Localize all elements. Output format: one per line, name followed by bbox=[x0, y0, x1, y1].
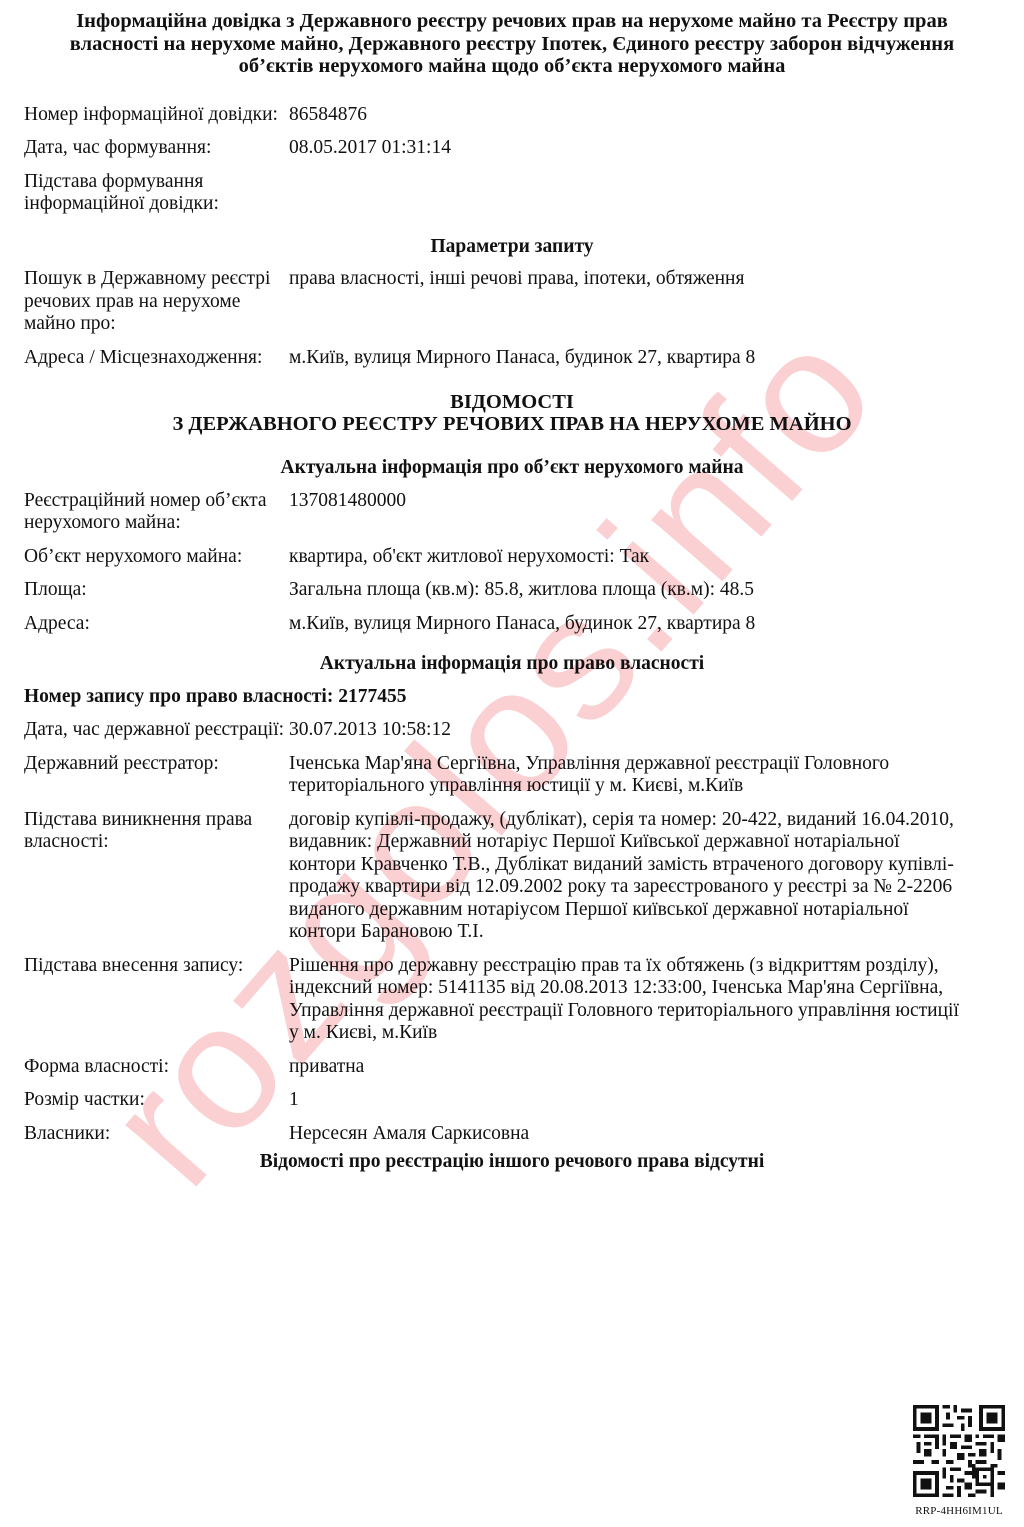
field-row-search-address: Адреса / Місцезнаходження: м.Київ, вулиц… bbox=[24, 347, 1000, 370]
field-value: договір купівлі-продажу, (дублікат), сер… bbox=[289, 809, 1000, 944]
field-value: Нерсесян Амаля Саркисовна bbox=[289, 1123, 1000, 1146]
section-heading-ownership: Актуальна інформація про право власності bbox=[24, 653, 1000, 676]
field-label: Державний реєстратор: bbox=[24, 753, 289, 798]
field-label: Площа: bbox=[24, 579, 289, 602]
field-row-owners: Власники: Нерсесян Амаля Саркисовна bbox=[24, 1123, 1000, 1146]
field-value: Іченська Мар'яна Сергіївна, Управління д… bbox=[289, 753, 1000, 798]
field-value: квартира, об'єкт житлової нерухомості: Т… bbox=[289, 546, 1000, 569]
field-label: Дата, час формування: bbox=[24, 137, 289, 160]
registry-heading-line2: З ДЕРЖАВНОГО РЕЄСТРУ РЕЧОВИХ ПРАВ НА НЕР… bbox=[24, 413, 1000, 435]
document-title: Інформаційна довідка з Державного реєстр… bbox=[24, 10, 1000, 78]
field-row-share-size: Розмір частки: 1 bbox=[24, 1089, 1000, 1112]
field-row-registration-number: Реєстраційний номер об’єкта нерухомого м… bbox=[24, 490, 1000, 535]
section-heading-query: Параметри запиту bbox=[24, 236, 1000, 259]
field-value: Рішення про державну реєстрацію прав та … bbox=[289, 955, 1000, 1045]
field-value: м.Київ, вулиця Мирного Панаса, будинок 2… bbox=[289, 613, 1000, 636]
field-row-entry-basis: Підстава внесення запису: Рішення про де… bbox=[24, 955, 1000, 1045]
field-value-redacted bbox=[289, 171, 1000, 216]
field-row-ownership-basis: Підстава виникнення права власності: дог… bbox=[24, 809, 1000, 944]
field-row-search-scope: Пошук в Державному реєстрі речових прав … bbox=[24, 268, 1000, 336]
field-value: права власності, інші речові права, іпот… bbox=[289, 268, 1000, 336]
other-rights-absent-note: Відомості про реєстрацію іншого речового… bbox=[24, 1151, 1000, 1174]
field-row-reference-number: Номер інформаційної довідки: 86584876 bbox=[24, 104, 1000, 127]
field-label: Підстава формування інформаційної довідк… bbox=[24, 171, 289, 216]
qr-code-icon bbox=[913, 1405, 1005, 1497]
field-value: Загальна площа (кв.м): 85.8, житлова пло… bbox=[289, 579, 1000, 602]
object-info-section: Актуальна інформація про об’єкт нерухомо… bbox=[24, 457, 1000, 635]
section-heading-object: Актуальна інформація про об’єкт нерухомо… bbox=[24, 457, 1000, 480]
field-label: Підстава виникнення права власності: bbox=[24, 809, 289, 944]
field-value: м.Київ, вулиця Мирного Панаса, будинок 2… bbox=[289, 347, 1000, 370]
field-label: Підстава внесення запису: bbox=[24, 955, 289, 1045]
document-page: Інформаційна довідка з Державного реєстр… bbox=[0, 10, 1024, 1174]
field-value: 86584876 bbox=[289, 104, 1000, 127]
field-row-generation-basis: Підстава формування інформаційної довідк… bbox=[24, 171, 1000, 216]
query-parameters-section: Параметри запиту Пошук в Державному реєс… bbox=[24, 236, 1000, 370]
qr-code-label: RRP-4HH6IM1UL bbox=[912, 1505, 1006, 1517]
field-label: Об’єкт нерухомого майна: bbox=[24, 546, 289, 569]
field-value: приватна bbox=[289, 1056, 1000, 1079]
field-row-ownership-form: Форма власності: приватна bbox=[24, 1056, 1000, 1079]
field-value: 30.07.2013 10:58:12 bbox=[289, 719, 1000, 742]
qr-block: RRP-4HH6IM1UL bbox=[912, 1405, 1006, 1517]
field-row-address: Адреса: м.Київ, вулиця Мирного Панаса, б… bbox=[24, 613, 1000, 636]
registry-heading: ВІДОМОСТІ З ДЕРЖАВНОГО РЕЄСТРУ РЕЧОВИХ П… bbox=[24, 391, 1000, 435]
ownership-record-number: Номер запису про право власності: 217745… bbox=[24, 686, 1000, 709]
field-row-area: Площа: Загальна площа (кв.м): 85.8, житл… bbox=[24, 579, 1000, 602]
field-label: Адреса: bbox=[24, 613, 289, 636]
field-label: Адреса / Місцезнаходження: bbox=[24, 347, 289, 370]
field-row-object-type: Об’єкт нерухомого майна: квартира, об'єк… bbox=[24, 546, 1000, 569]
field-row-registrar: Державний реєстратор: Іченська Мар'яна С… bbox=[24, 753, 1000, 798]
field-label: Дата, час державної реєстрації: bbox=[24, 719, 289, 742]
header-fields: Номер інформаційної довідки: 86584876 Да… bbox=[24, 104, 1000, 216]
field-label: Форма власності: bbox=[24, 1056, 289, 1079]
field-value: 08.05.2017 01:31:14 bbox=[289, 137, 1000, 160]
field-value: 137081480000 bbox=[289, 490, 1000, 535]
field-label: Пошук в Державному реєстрі речових прав … bbox=[24, 268, 289, 336]
field-label: Розмір частки: bbox=[24, 1089, 289, 1112]
field-row-registration-datetime: Дата, час державної реєстрації: 30.07.20… bbox=[24, 719, 1000, 742]
field-label: Номер інформаційної довідки: bbox=[24, 104, 289, 127]
field-label: Власники: bbox=[24, 1123, 289, 1146]
field-value: 1 bbox=[289, 1089, 1000, 1112]
field-label: Реєстраційний номер об’єкта нерухомого м… bbox=[24, 490, 289, 535]
ownership-section: Актуальна інформація про право власності… bbox=[24, 653, 1000, 1174]
registry-heading-line1: ВІДОМОСТІ bbox=[24, 391, 1000, 413]
field-row-generated-datetime: Дата, час формування: 08.05.2017 01:31:1… bbox=[24, 137, 1000, 160]
